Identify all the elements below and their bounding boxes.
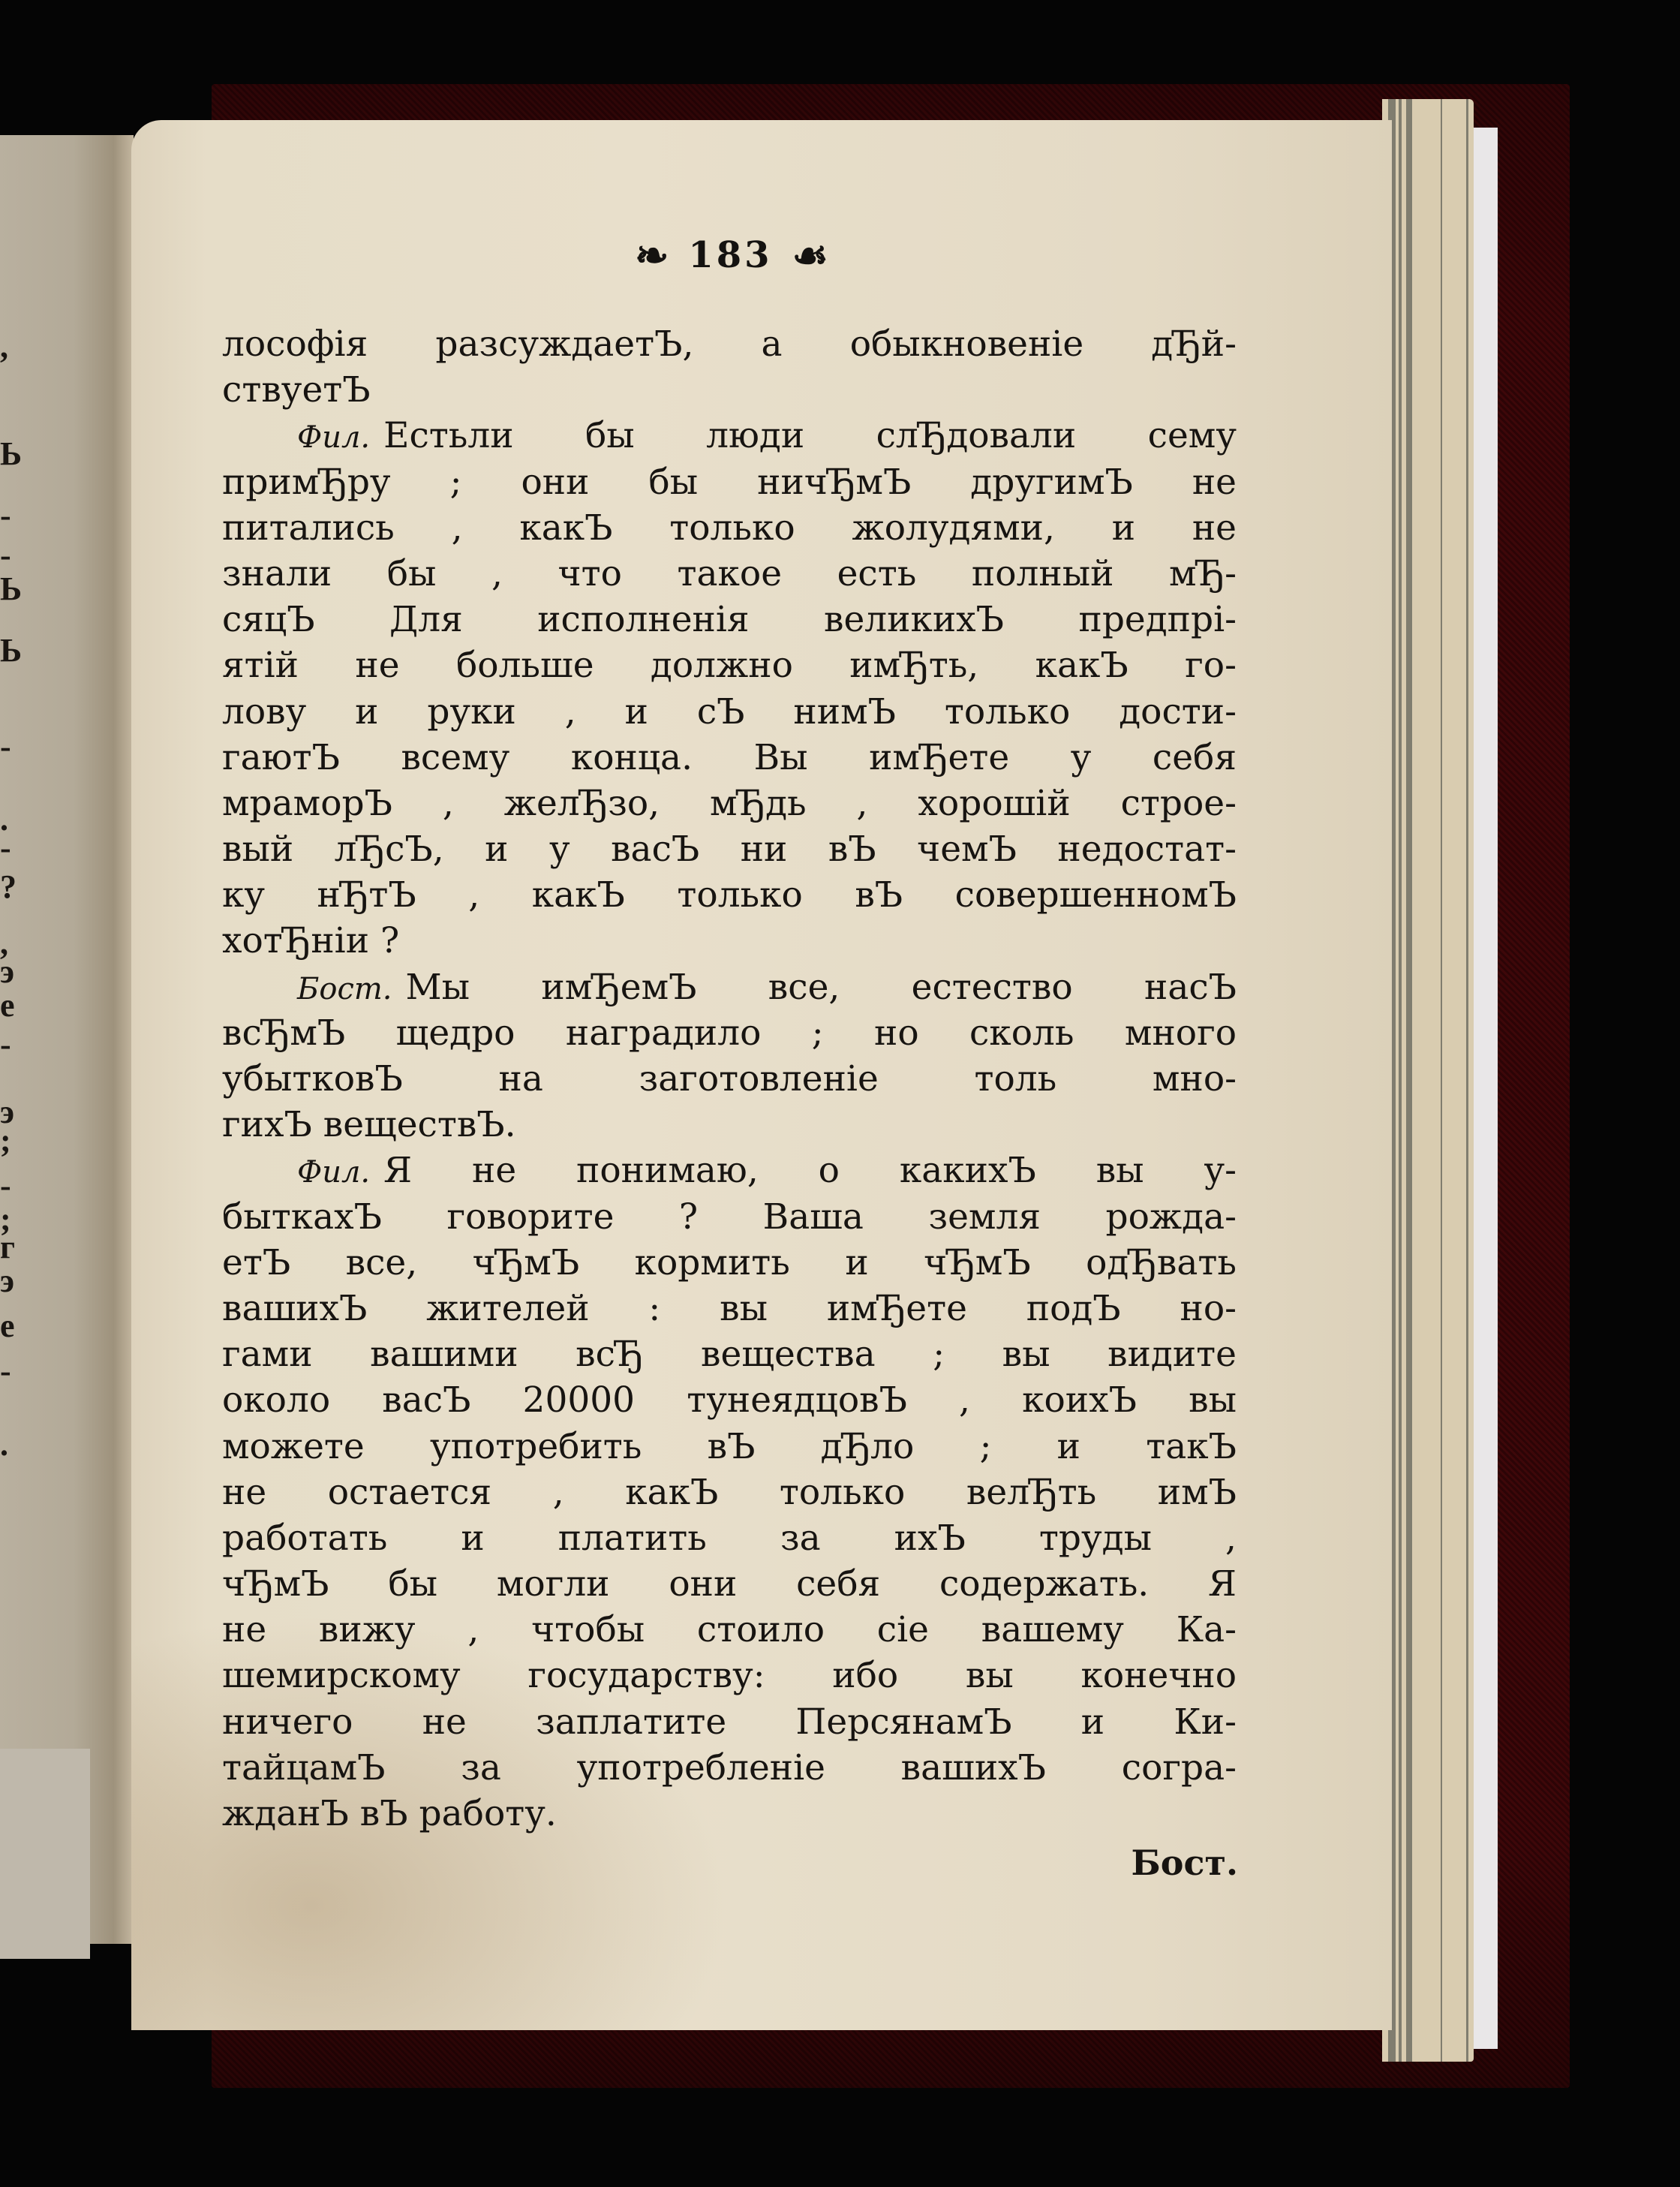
text-line: знали бы , что такое есть полный мЂ-: [222, 551, 1237, 597]
line-text: быткахЪ говорите ? Ваша земля рожда-: [222, 1196, 1237, 1238]
margin-fragment: г: [0, 1231, 15, 1264]
line-text: мраморЪ , желЂзо, мЂдь , хорошій строе-: [222, 783, 1237, 824]
line-text: хотЂніи ?: [222, 920, 399, 961]
text-line: не остается , какЪ только велЂть имЪ: [222, 1470, 1237, 1515]
margin-fragment: -: [0, 1355, 11, 1388]
text-line: гихЪ веществЪ.: [222, 1102, 1237, 1148]
text-line: быткахЪ говорите ? Ваша земля рожда-: [222, 1194, 1237, 1240]
text-line: убытковЪ на заготовленіе толь мно-: [222, 1056, 1237, 1102]
text-line: жданЪ вЪ работу.: [222, 1791, 1237, 1837]
catchword: Бост.: [1073, 1843, 1238, 1883]
line-text: знали бы , что такое есть полный мЂ-: [222, 553, 1237, 594]
line-text: гами вашими всЂ вещества ; вы видите: [222, 1334, 1237, 1375]
line-text: лософія разсуждаетЪ, а обыкновеніе дЂй-: [222, 323, 1237, 365]
margin-fragment: ?: [0, 871, 17, 904]
text-line: вый лЂсЪ, и у васЪ ни вЪ чемЪ недостат-: [222, 826, 1237, 872]
margin-fragment: Ь: [0, 438, 22, 471]
text-line: можете употребить вЪ дЂло ; и такЪ: [222, 1424, 1237, 1470]
margin-fragment: Ь: [0, 573, 22, 606]
page-number: 183: [688, 234, 772, 276]
text-line: гами вашими всЂ вещества ; вы видите: [222, 1331, 1237, 1377]
text-line: ку нЂтЪ , какЪ только вЪ совершенномЪ: [222, 872, 1237, 918]
line-text: жданЪ вЪ работу.: [222, 1793, 557, 1834]
margin-fragment: ;: [0, 1124, 11, 1157]
speaker-label: Бост.: [297, 972, 392, 1006]
text-line: ствуетЪ: [222, 367, 1237, 413]
line-text: ничего не заплатите ПерсянамЪ и Ки-: [222, 1701, 1237, 1743]
text-line: Бост.Мы имЂемЪ все, естество насЪ: [222, 964, 1237, 1010]
line-text: етЪ все, чЂмЪ кормить и чЂмЪ одЂвать: [222, 1242, 1237, 1283]
page-edge-line: [1399, 99, 1402, 2062]
left-page: [0, 135, 134, 1944]
text-line: чЂмЪ бы могли они себя содержать. Я: [222, 1561, 1237, 1607]
line-text: Мы имЂемЪ все, естество насЪ: [406, 967, 1237, 1008]
margin-fragment: -: [0, 832, 11, 865]
fleuron-right-icon: ☙: [792, 235, 828, 275]
margin-fragment: -: [0, 1028, 11, 1061]
margin-fragment: э: [0, 955, 14, 988]
line-text: тайцамЪ за употребленіе вашихЪ согра-: [222, 1747, 1237, 1788]
page-edge-line: [1466, 99, 1468, 2062]
text-line: лософія разсуждаетЪ, а обыкновеніе дЂй-: [222, 321, 1237, 367]
stacked-page-edges: [1382, 99, 1474, 2062]
text-line: етЪ все, чЂмЪ кормить и чЂмЪ одЂвать: [222, 1240, 1237, 1286]
line-text: Естьли бы люди слЂдовали сему: [383, 415, 1237, 456]
line-text: вашихЪ жителей : вы имЂете подЪ но-: [222, 1288, 1237, 1329]
line-text: шемирскому государству: ибо вы конечно: [222, 1655, 1237, 1696]
text-line: вашихЪ жителей : вы имЂете подЪ но-: [222, 1286, 1237, 1331]
margin-fragment: е: [0, 989, 15, 1022]
fleuron-left-icon: ❧: [635, 235, 669, 275]
left-page-torn-area: [0, 1749, 90, 1959]
line-text: Я не понимаю, о какихЪ вы у-: [383, 1150, 1237, 1191]
line-text: около васЪ 20000 тунеядцовЪ , коихЪ вы: [222, 1379, 1237, 1421]
line-text: сяцЪ Для исполненія великихЪ предпрі-: [222, 599, 1237, 640]
margin-fragment: -: [0, 539, 11, 572]
page-edge-line: [1406, 99, 1412, 2062]
speaker-label: Фил.: [297, 1155, 370, 1190]
line-text: ку нЂтЪ , какЪ только вЪ совершенномЪ: [222, 874, 1237, 916]
line-text: можете употребить вЪ дЂло ; и такЪ: [222, 1426, 1237, 1467]
line-text: примЂру ; они бы ничЂмЪ другимЪ не: [222, 462, 1237, 503]
speaker-label: Фил.: [297, 420, 370, 455]
text-line: хотЂніи ?: [222, 918, 1237, 964]
line-text: гаютЪ всему конца. Вы имЂете у себя: [222, 737, 1237, 778]
text-line: не вижу , чтобы стоило сіе вашему Ка-: [222, 1607, 1237, 1653]
text-line: питались , какЪ только жолудями, и не: [222, 505, 1237, 551]
text-line: тайцамЪ за употребленіе вашихЪ согра-: [222, 1745, 1237, 1791]
text-line: лову и руки , и сЪ нимЪ только дости-: [222, 689, 1237, 735]
text-line: гаютЪ всему конца. Вы имЂете у себя: [222, 735, 1237, 781]
line-text: ствуетЪ: [222, 369, 371, 411]
page-edge-line: [1441, 99, 1442, 2062]
text-line: шемирскому государству: ибо вы конечно: [222, 1653, 1237, 1698]
margin-fragment: ,: [0, 330, 8, 363]
text-line: Фил.Естьли бы люди слЂдовали сему: [222, 413, 1237, 459]
text-line: всЂмЪ щедро наградило ; но сколь много: [222, 1010, 1237, 1056]
text-line: ничего не заплатите ПерсянамЪ и Ки-: [222, 1699, 1237, 1745]
page-header: ❧ 183 ☙: [597, 225, 867, 285]
margin-fragment: -: [0, 499, 11, 532]
text-line: работать и платить за ихЪ труды ,: [222, 1515, 1237, 1561]
line-text: всЂмЪ щедро наградило ; но сколь много: [222, 1012, 1237, 1054]
body-text: лософія разсуждаетЪ, а обыкновеніе дЂй-с…: [222, 321, 1237, 1837]
text-line: ятій не больше должно имЂть, какЪ го-: [222, 642, 1237, 688]
text-line: примЂру ; они бы ничЂмЪ другимЪ не: [222, 459, 1237, 505]
margin-fragment: е: [0, 1310, 15, 1343]
line-text: чЂмЪ бы могли они себя содержать. Я: [222, 1563, 1237, 1605]
line-text: ятій не больше должно имЂть, какЪ го-: [222, 645, 1237, 686]
text-line: около васЪ 20000 тунеядцовЪ , коихЪ вы: [222, 1377, 1237, 1423]
text-line: сяцЪ Для исполненія великихЪ предпрі-: [222, 597, 1237, 642]
line-text: убытковЪ на заготовленіе толь мно-: [222, 1058, 1237, 1100]
text-line: мраморЪ , желЂзо, мЂдь , хорошій строе-: [222, 781, 1237, 826]
text-line: Фил.Я не понимаю, о какихЪ вы у-: [222, 1148, 1237, 1193]
line-text: питались , какЪ только жолудями, и не: [222, 507, 1237, 549]
margin-fragment: -: [0, 1169, 11, 1202]
margin-fragment: .: [0, 1428, 8, 1461]
line-text: не вижу , чтобы стоило сіе вашему Ка-: [222, 1609, 1237, 1650]
margin-fragment: -: [0, 730, 11, 763]
endpaper-sheet: [1472, 128, 1498, 2049]
line-text: вый лЂсЪ, и у васЪ ни вЪ чемЪ недостат-: [222, 829, 1237, 870]
line-text: работать и платить за ихЪ труды ,: [222, 1518, 1237, 1559]
margin-fragment: Ь: [0, 634, 22, 667]
line-text: не остается , какЪ только велЂть имЪ: [222, 1472, 1237, 1513]
margin-fragment: э: [0, 1265, 14, 1298]
line-text: лову и руки , и сЪ нимЪ только дости-: [222, 691, 1237, 733]
line-text: гихЪ веществЪ.: [222, 1104, 516, 1145]
